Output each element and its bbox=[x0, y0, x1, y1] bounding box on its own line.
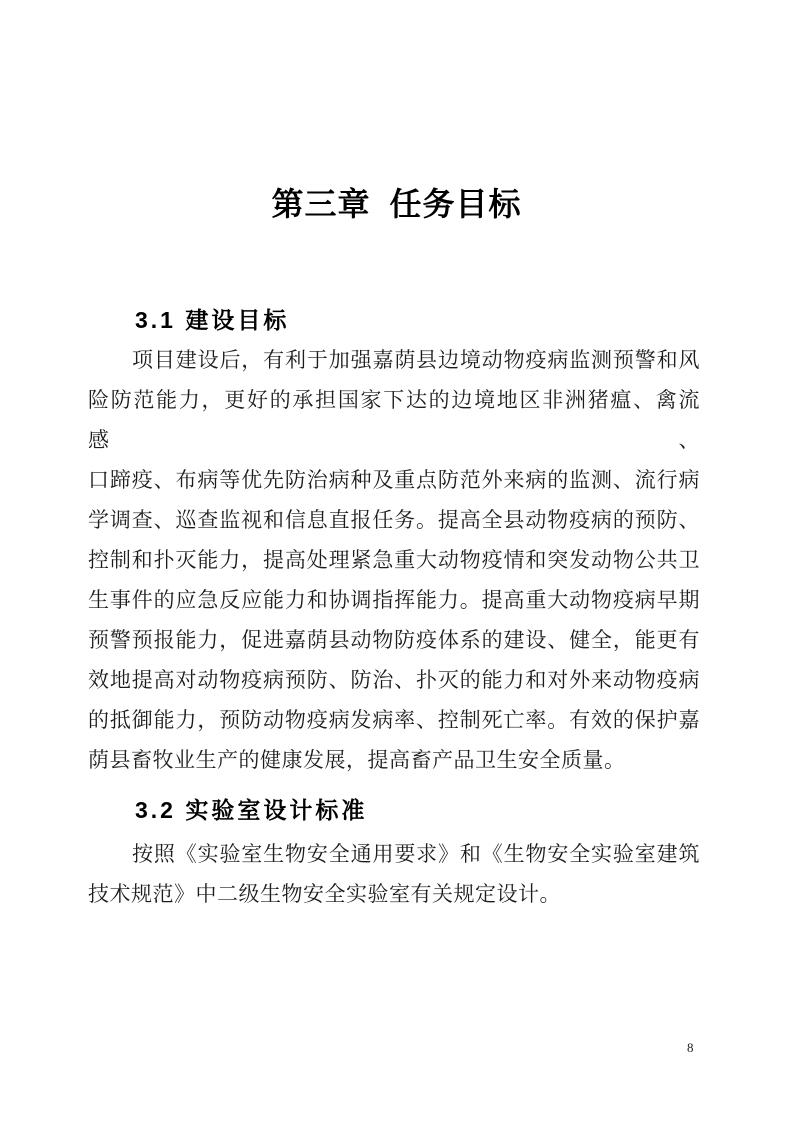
paragraph-line: 项目建设后，有利于加强嘉荫县边境动物疫病监测预警和风 bbox=[88, 340, 700, 380]
page-number: 8 bbox=[687, 1038, 694, 1058]
paragraph-line: 按照《实验室生物安全通用要求》和《生物安全实验室建筑 bbox=[88, 834, 700, 874]
document-page: 第三章 任务目标 3.1 建设目标 项目建设后，有利于加强嘉荫县边境动物疫病监测… bbox=[0, 0, 793, 1122]
paragraph-line: 效地提高对动物疫病预防、防治、扑灭的能力和对外来动物疫病 bbox=[88, 660, 700, 700]
paragraph-line: 的抵御能力，预防动物疫病发病率、控制死亡率。有效的保护嘉 bbox=[88, 700, 700, 740]
document-body: 3.1 建设目标 项目建设后，有利于加强嘉荫县边境动物疫病监测预警和风险防范能力… bbox=[88, 300, 700, 914]
paragraph-line: 控制和扑灭能力，提高处理紧急重大动物疫情和突发动物公共卫 bbox=[88, 540, 700, 580]
paragraph-line: 口蹄疫、布病等优先防治病种及重点防范外来病的监测、流行病 bbox=[88, 460, 700, 500]
paragraph-line: 荫县畜牧业生产的健康发展，提高畜产品卫生安全质量。 bbox=[88, 740, 700, 780]
paragraph-line: 学调查、巡查监视和信息直报任务。提高全县动物疫病的预防、 bbox=[88, 500, 700, 540]
paragraph-line: 预警预报能力，促进嘉荫县动物防疫体系的建设、健全，能更有 bbox=[88, 620, 700, 660]
paragraph-line: 生事件的应急反应能力和协调指挥能力。提高重大动物疫病早期 bbox=[88, 580, 700, 620]
section-paragraph-3-2: 按照《实验室生物安全通用要求》和《生物安全实验室建筑技术规范》中二级生物安全实验… bbox=[88, 834, 700, 914]
chapter-title: 第三章 任务目标 bbox=[0, 183, 793, 225]
paragraph-line: 险防范能力，更好的承担国家下达的边境地区非洲猪瘟、禽流感、 bbox=[88, 380, 700, 460]
section-heading-3-2: 3.2 实验室设计标准 bbox=[88, 790, 700, 830]
section-heading-3-1: 3.1 建设目标 bbox=[88, 300, 700, 340]
section-paragraph-3-1: 项目建设后，有利于加强嘉荫县边境动物疫病监测预警和风险防范能力，更好的承担国家下… bbox=[88, 340, 700, 780]
paragraph-line: 技术规范》中二级生物安全实验室有关规定设计。 bbox=[88, 874, 700, 914]
